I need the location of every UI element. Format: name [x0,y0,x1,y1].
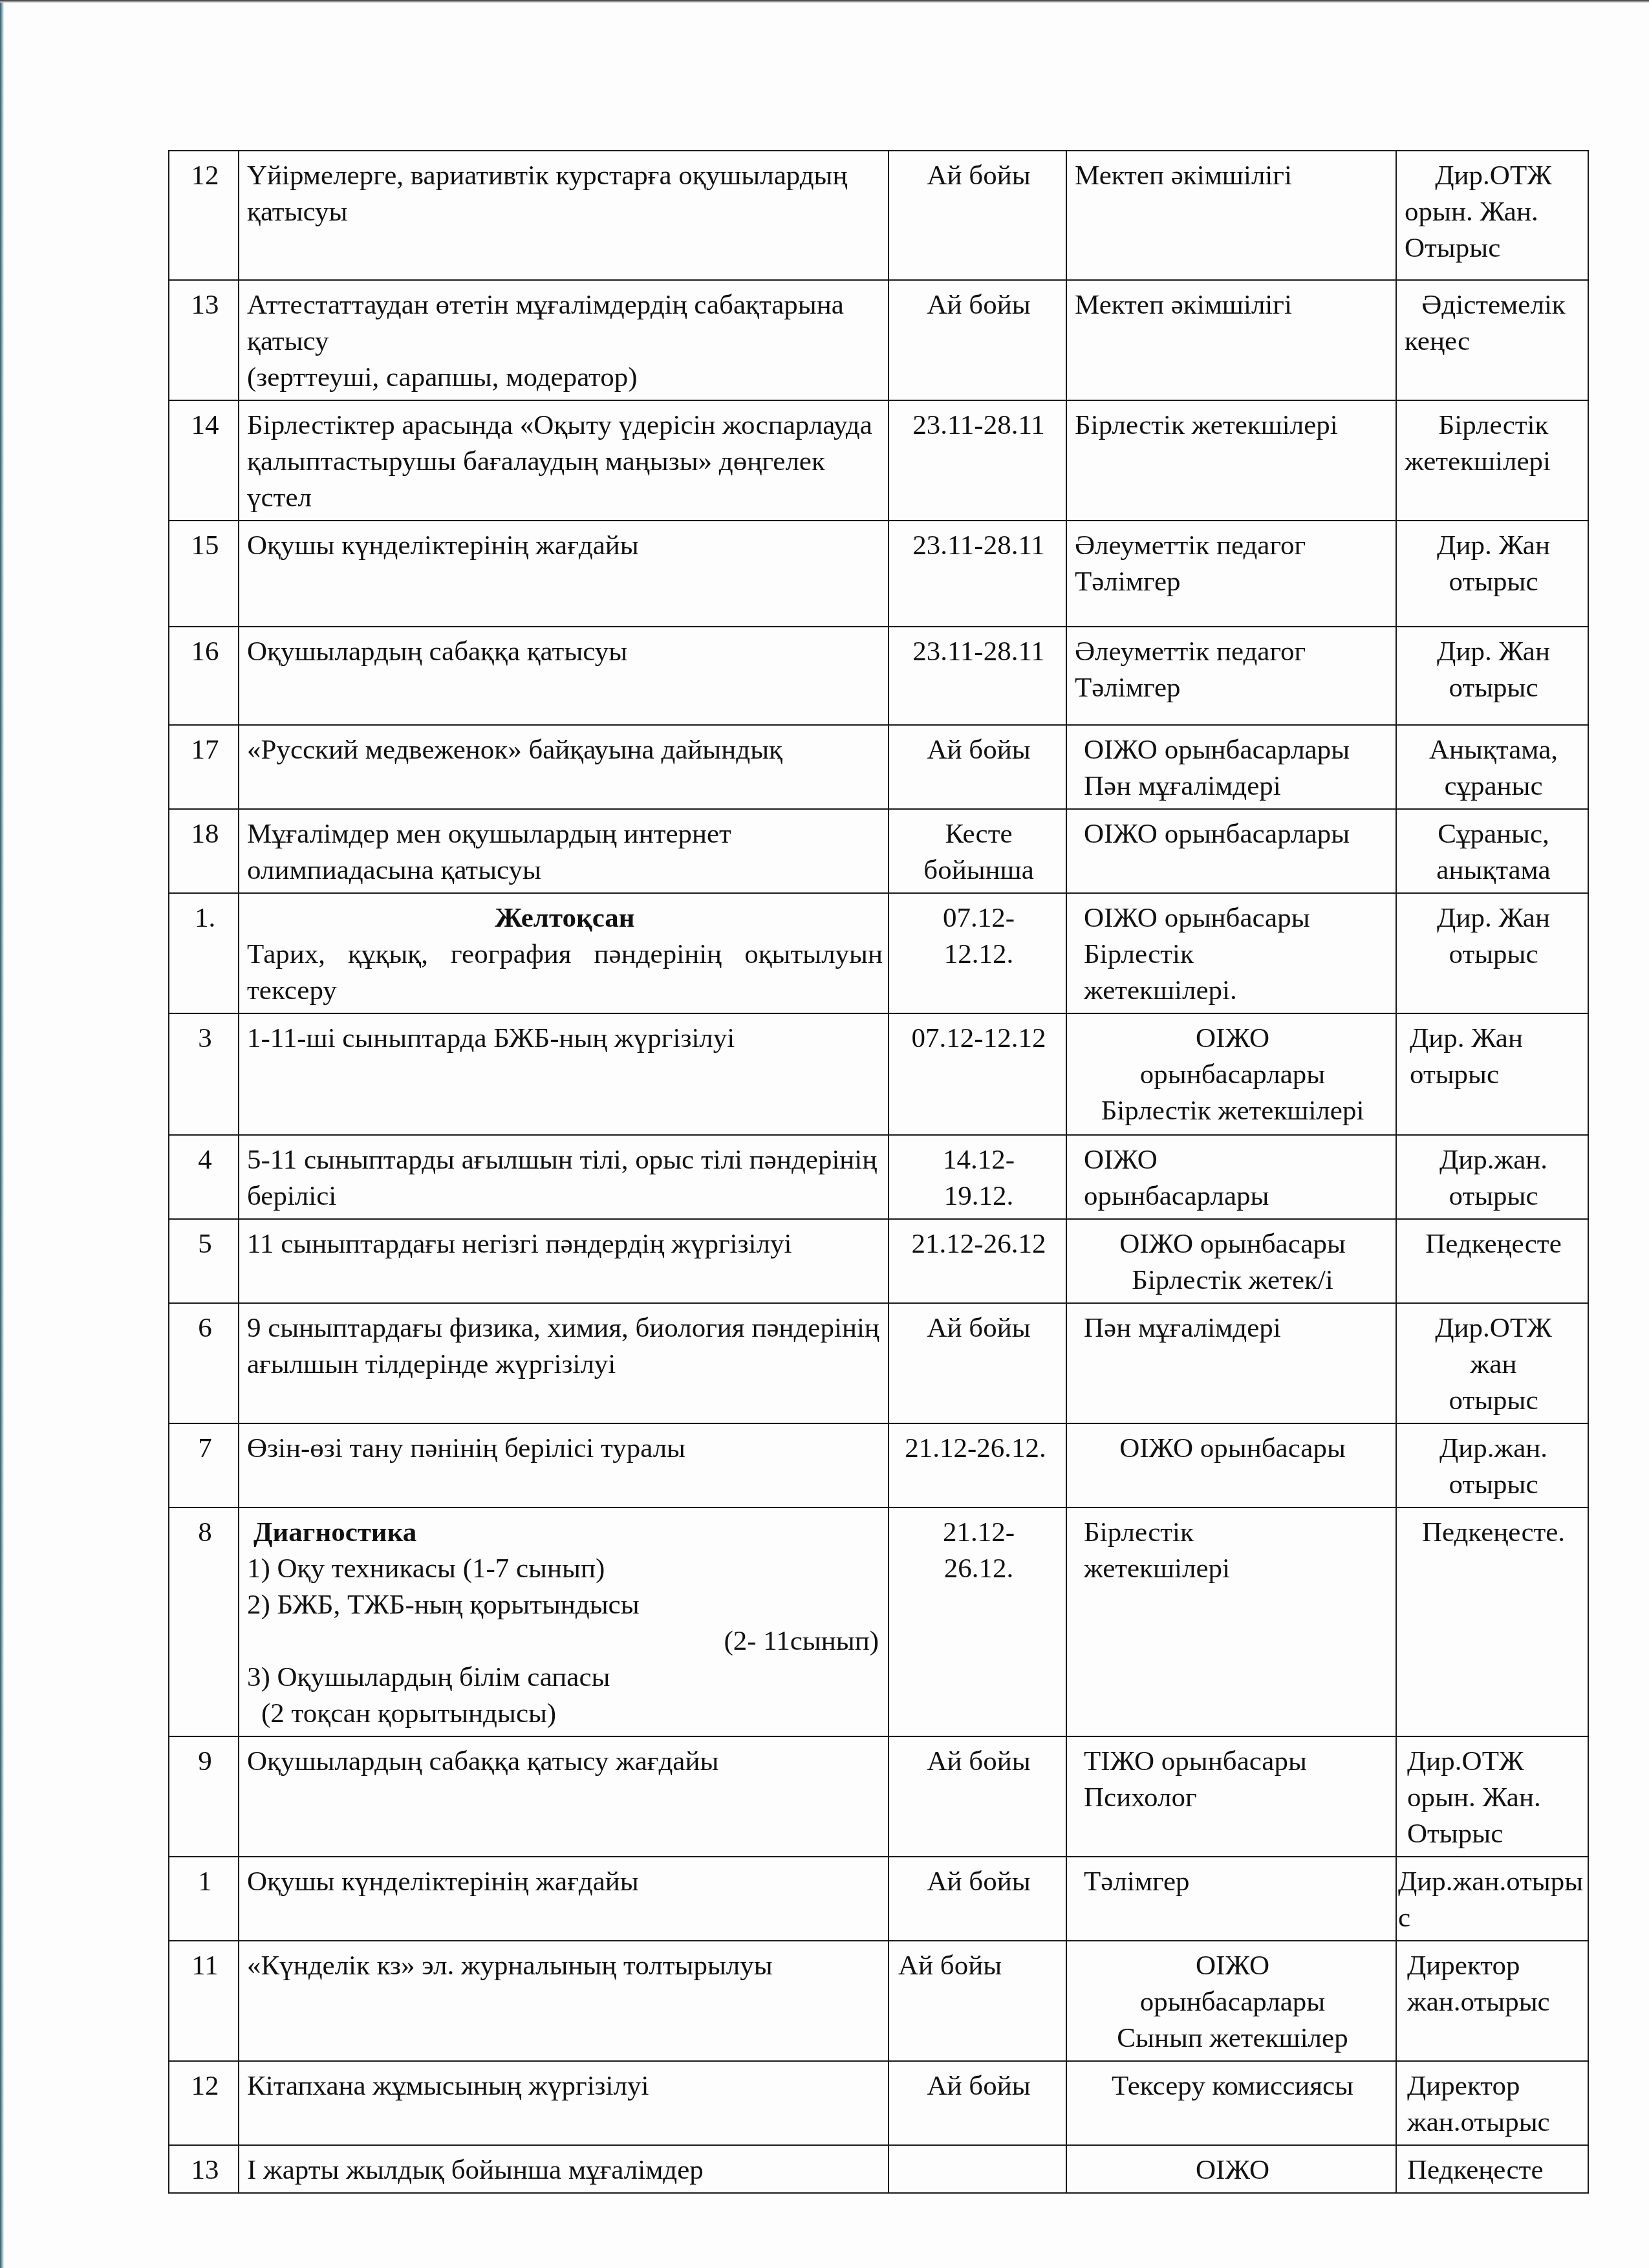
row-topic: Оқушылардың сабаққа қатысуы [239,627,889,725]
responsible-line: Сынып жетекшілер [1075,2020,1390,2057]
row-form: Дир. Жан отырыс [1396,1013,1588,1135]
form-line: отырыс [1405,1467,1582,1503]
row-responsible: Бірлестік жетекшілері [1066,400,1396,521]
table-row: 17 «Русский медвеженок» байқауына дайынд… [169,725,1588,809]
row-topic: 1-11-ші сыныптарда БЖБ-ның жүргізілуі [239,1013,889,1135]
row-number: 1 [169,1857,239,1941]
row-topic: Оқушы күнделіктерінің жағдайы [239,1857,889,1941]
row-date: Ай бойы [889,1941,1066,2061]
table-row: 11 «Күнделік кз» эл. журналының толтырыл… [169,1941,1588,2061]
table-row: 1 Оқушы күнделіктерінің жағдайы Ай бойы … [169,1857,1588,1941]
row-responsible: Тәлімгер [1066,1857,1396,1941]
form-line: жан.отырыс [1407,1984,1582,2020]
row-number: 18 [169,809,239,893]
form-line: Әдістемелік [1405,287,1582,323]
row-form: Дир.ОТЖ орын. Жан. Отырыс [1396,1736,1588,1857]
responsible-line: Бірлестік жетекшілері [1075,1093,1390,1129]
row-date: Ай бойы [889,1857,1066,1941]
row-date: Ай бойы [889,725,1066,809]
form-line: Дир.жан. [1405,1431,1582,1467]
form-line: отырыс [1405,936,1582,973]
row-topic: Мұғалімдер мен оқушылардың интернет олим… [239,809,889,893]
row-responsible: ОІЖО орынбасарлары Бірлестік жетекшілері [1066,1013,1396,1135]
form-line: Директор [1407,1948,1582,1984]
row-responsible: Әлеуметтік педагог Тәлімгер [1066,521,1396,627]
row-number: 17 [169,725,239,809]
form-line: отырыс [1405,670,1582,706]
table-row: 4 5-11 сыныптарды ағылшын тілі, орыс тіл… [169,1135,1588,1219]
table-row: 12 Үйірмелерге, вариативтік курстарға оқ… [169,151,1588,280]
form-line: Сұраныс, [1405,816,1582,852]
row-responsible: Пән мұғалімдері [1066,1303,1396,1423]
responsible-line: Әлеуметтік педагог [1075,634,1390,670]
responsible-line: жетекшілері. [1084,973,1390,1009]
row-date: Ай бойы [889,2061,1066,2145]
responsible-line: ОІЖО орынбасары [1075,1226,1390,1262]
row-responsible: ОІЖО [1066,2145,1396,2193]
date-line: 19.12. [897,1178,1061,1215]
table-row: 7 Өзін-өзі тану пәнінің берілісі туралы … [169,1423,1588,1507]
date-line: 26.12. [897,1551,1061,1587]
responsible-line: орынбасарлары [1075,1057,1390,1093]
responsible-line: ОІЖО [1075,1021,1390,1057]
row-responsible: ТІЖО орынбасары Психолог [1066,1736,1396,1857]
scan-edge-top [0,0,1649,3]
row-topic: І жарты жылдық бойынша мұғалімдер [239,2145,889,2193]
responsible-line: Психолог [1084,1780,1390,1816]
table-row: 3 1-11-ші сыныптарда БЖБ-ның жүргізілуі … [169,1013,1588,1135]
table-row: 5 11 сыныптардағы негізгі пәндердің жүрг… [169,1219,1588,1303]
date-line: 14.12- [897,1142,1061,1178]
diagnostics-item: (2- 11сынып) [247,1623,883,1659]
topic-line: Аттестаттаудан өтетін мұғалімдердің саба… [247,287,883,360]
row-form: Әдістемелік кеңес [1396,280,1588,400]
row-topic: Үйірмелерге, вариативтік курстарға оқушы… [239,151,889,280]
row-topic: Өзін-өзі тану пәнінің берілісі туралы [239,1423,889,1507]
form-line: жетекшілері [1405,444,1582,480]
row-number: 13 [169,280,239,400]
form-line: Дир. Жан [1405,634,1582,670]
row-number: 7 [169,1423,239,1507]
row-responsible: ОІЖО орынбасары Бірлестік жетек/і [1066,1219,1396,1303]
form-line: Педкеңесте [1407,2152,1582,2188]
form-line: Дир.жан.отырыс [1398,1864,1588,1936]
row-date: 23.11-28.11 [889,400,1066,521]
form-line: сұраныс [1405,768,1582,805]
diagnostics-heading: Диагностика [247,1515,883,1551]
responsible-line: Әлеуметтік педагог [1075,528,1390,564]
row-number: 1. [169,893,239,1013]
row-form: Дир.ОТЖ жан отырыс [1396,1303,1588,1423]
date-line: 07.12- [897,900,1061,936]
form-line: жан [1405,1346,1582,1383]
diagnostics-item: 1) Оқу техникасы (1-7 сынып) [247,1551,883,1587]
row-responsible: ОІЖО орынбасарлары Сынып жетекшілер [1066,1941,1396,2061]
form-line: Дир. Жан [1410,1021,1582,1057]
responsible-line: ОІЖО [1084,1142,1390,1178]
responsible-line: жетекшілері [1084,1551,1390,1587]
row-number: 16 [169,627,239,725]
row-topic: Диагностика 1) Оқу техникасы (1-7 сынып)… [239,1507,889,1736]
row-responsible: Мектеп әкімшілігі [1066,151,1396,280]
row-number: 4 [169,1135,239,1219]
row-form: Дир.жан.отырыс [1396,1857,1588,1941]
scan-edge [0,0,4,2268]
row-responsible: ОІЖО орынбасары [1066,1423,1396,1507]
table-row: 16 Оқушылардың сабаққа қатысуы 23.11-28.… [169,627,1588,725]
row-date: 14.12- 19.12. [889,1135,1066,1219]
form-line: Дир.ОТЖ [1407,1744,1582,1780]
table-row: 6 9 сыныптардағы физика, химия, биология… [169,1303,1588,1423]
responsible-line: Тәлімгер [1075,564,1390,600]
row-date: 07.12- 12.12. [889,893,1066,1013]
row-form: Дир.жан. отырыс [1396,1135,1588,1219]
table-row: 13 Аттестаттаудан өтетін мұғалімдердің с… [169,280,1588,400]
form-line: Педкеңесте. [1405,1515,1582,1551]
row-form: Дир.ОТЖ орын. Жан. Отырыс [1396,151,1588,280]
row-date: Ай бойы [889,1736,1066,1857]
table-row: 9 Оқушылардың сабаққа қатысу жағдайы Ай … [169,1736,1588,1857]
form-line: Анықтама, [1405,732,1582,768]
responsible-line: Бірлестік [1084,1515,1390,1551]
row-number: 15 [169,521,239,627]
responsible-line: орынбасарлары [1084,1178,1390,1215]
control-plan-table: 12 Үйірмелерге, вариативтік курстарға оқ… [168,150,1589,2194]
row-form: Анықтама, сұраныс [1396,725,1588,809]
table-row: 14 Бірлестіктер арасында «Оқыту үдерісін… [169,400,1588,521]
table-row: 12 Кітапхана жұмысының жүргізілуі Ай бой… [169,2061,1588,2145]
row-number: 11 [169,1941,239,2061]
form-line: Бірлестік [1405,407,1582,444]
row-responsible: Бірлестік жетекшілері [1066,1507,1396,1736]
row-form: Сұраныс, анықтама [1396,809,1588,893]
row-number: 12 [169,2061,239,2145]
row-date: 21.12- 26.12. [889,1507,1066,1736]
responsible-line: ТІЖО орынбасары [1084,1744,1390,1780]
row-responsible: ОІЖО орынбасары Бірлестік жетекшілері. [1066,893,1396,1013]
table-row: 18 Мұғалімдер мен оқушылардың интернет о… [169,809,1588,893]
date-line: Кесте [897,816,1061,852]
row-form: Директор жан.отырыс [1396,2061,1588,2145]
row-responsible: Әлеуметтік педагог Тәлімгер [1066,627,1396,725]
form-line: Педкеңесте [1405,1226,1582,1262]
form-line: отырыс [1410,1057,1582,1093]
row-number: 12 [169,151,239,280]
diagnostics-item: (2 тоқсан қорытындысы) [247,1696,883,1732]
row-number: 3 [169,1013,239,1135]
topic-line: (зерттеуші, сарапшы, модератор) [247,360,883,396]
row-form: Директор жан.отырыс [1396,1941,1588,2061]
table-row: 15 Оқушы күнделіктерінің жағдайы 23.11-2… [169,521,1588,627]
row-number: 13 [169,2145,239,2193]
row-date: 23.11-28.11 [889,627,1066,725]
form-line: орын. Жан. [1407,1780,1582,1816]
row-form: Дир. Жан отырыс [1396,521,1588,627]
row-date: 07.12-12.12 [889,1013,1066,1135]
row-responsible: ОІЖО орынбасарлары [1066,1135,1396,1219]
row-form: Педкеңесте [1396,1219,1588,1303]
row-date: Ай бойы [889,280,1066,400]
form-line: отырыс [1405,1178,1582,1215]
form-line: отырыс [1405,564,1582,600]
form-line: Отырыс [1405,230,1582,266]
month-heading: Желтоқсан [247,900,883,936]
table-row: 1. Желтоқсан Тарих, құқық, география пән… [169,893,1588,1013]
row-number: 5 [169,1219,239,1303]
diagnostics-item: 2) БЖБ, ТЖБ-ның қорытындысы [247,1587,883,1623]
row-form: Бірлестік жетекшілері [1396,400,1588,521]
responsible-line: Бірлестік [1084,936,1390,973]
form-line: Дир.жан. [1405,1142,1582,1178]
row-topic: «Күнделік кз» эл. журналының толтырылуы [239,1941,889,2061]
row-form: Педкеңесте [1396,2145,1588,2193]
form-line: отырыс [1405,1383,1582,1419]
row-topic: «Русский медвеженок» байқауына дайындық [239,725,889,809]
responsible-line: Бірлестік жетек/і [1075,1262,1390,1299]
form-line: кеңес [1405,323,1582,360]
table-row: 8 Диагностика 1) Оқу техникасы (1-7 сыны… [169,1507,1588,1736]
row-date: 23.11-28.11 [889,521,1066,627]
row-topic: Бірлестіктер арасында «Оқыту үдерісін жо… [239,400,889,521]
form-line: анықтама [1405,852,1582,889]
form-line: жан.отырыс [1407,2104,1582,2141]
date-line: 21.12- [897,1515,1061,1551]
responsible-line: орынбасарлары [1075,1984,1390,2020]
responsible-line: Тәлімгер [1075,670,1390,706]
row-date: Ай бойы [889,1303,1066,1423]
responsible-line: ОІЖО [1075,1948,1390,1984]
row-topic: Оқушылардың сабаққа қатысу жағдайы [239,1736,889,1857]
row-form: Дир. Жан отырыс [1396,893,1588,1013]
form-line: Дир. Жан [1405,900,1582,936]
row-date: Ай бойы [889,151,1066,280]
row-date: 21.12-26.12 [889,1219,1066,1303]
document-page: 12 Үйірмелерге, вариативтік курстарға оқ… [168,150,1588,2194]
row-date: Кесте бойынша [889,809,1066,893]
row-topic: 9 сыныптардағы физика, химия, биология п… [239,1303,889,1423]
responsible-line: ОІЖО орынбасары [1084,900,1390,936]
row-responsible: Мектеп әкімшілігі [1066,280,1396,400]
row-topic: Кітапхана жұмысының жүргізілуі [239,2061,889,2145]
row-number: 6 [169,1303,239,1423]
row-topic: Желтоқсан Тарих, құқық, география пәндер… [239,893,889,1013]
form-line: Дир. Жан [1405,528,1582,564]
row-responsible: ОІЖО орынбасарлары Пән мұғалімдері [1066,725,1396,809]
row-number: 14 [169,400,239,521]
row-number: 8 [169,1507,239,1736]
diagnostics-item: 3) Оқушылардың білім сапасы [247,1659,883,1696]
row-form: Педкеңесте. [1396,1507,1588,1736]
form-line: Дир.ОТЖ [1405,1310,1582,1346]
form-line: Директор [1407,2068,1582,2104]
form-line: Отырыс [1407,1816,1582,1852]
row-number: 9 [169,1736,239,1857]
topic-text: Тарих, құқық, география пәндерінің оқыты… [247,936,883,1009]
row-topic: Аттестаттаудан өтетін мұғалімдердің саба… [239,280,889,400]
row-date [889,2145,1066,2193]
form-line: орын. Жан. [1405,194,1582,230]
row-form: Дир.жан. отырыс [1396,1423,1588,1507]
row-responsible: ОІЖО орынбасарлары [1066,809,1396,893]
row-responsible: Тексеру комиссиясы [1066,2061,1396,2145]
responsible-line: Пән мұғалімдері [1084,768,1390,805]
row-form: Дир. Жан отырыс [1396,627,1588,725]
form-line: Дир.ОТЖ [1405,158,1582,194]
date-line: 12.12. [897,936,1061,973]
row-topic: Оқушы күнделіктерінің жағдайы [239,521,889,627]
date-line: бойынша [897,852,1061,889]
table-row: 13 І жарты жылдық бойынша мұғалімдер ОІЖ… [169,2145,1588,2193]
row-topic: 5-11 сыныптарды ағылшын тілі, орыс тілі … [239,1135,889,1219]
responsible-line: ОІЖО орынбасарлары [1084,732,1390,768]
row-date: 21.12-26.12. [889,1423,1066,1507]
row-topic: 11 сыныптардағы негізгі пәндердің жүргіз… [239,1219,889,1303]
